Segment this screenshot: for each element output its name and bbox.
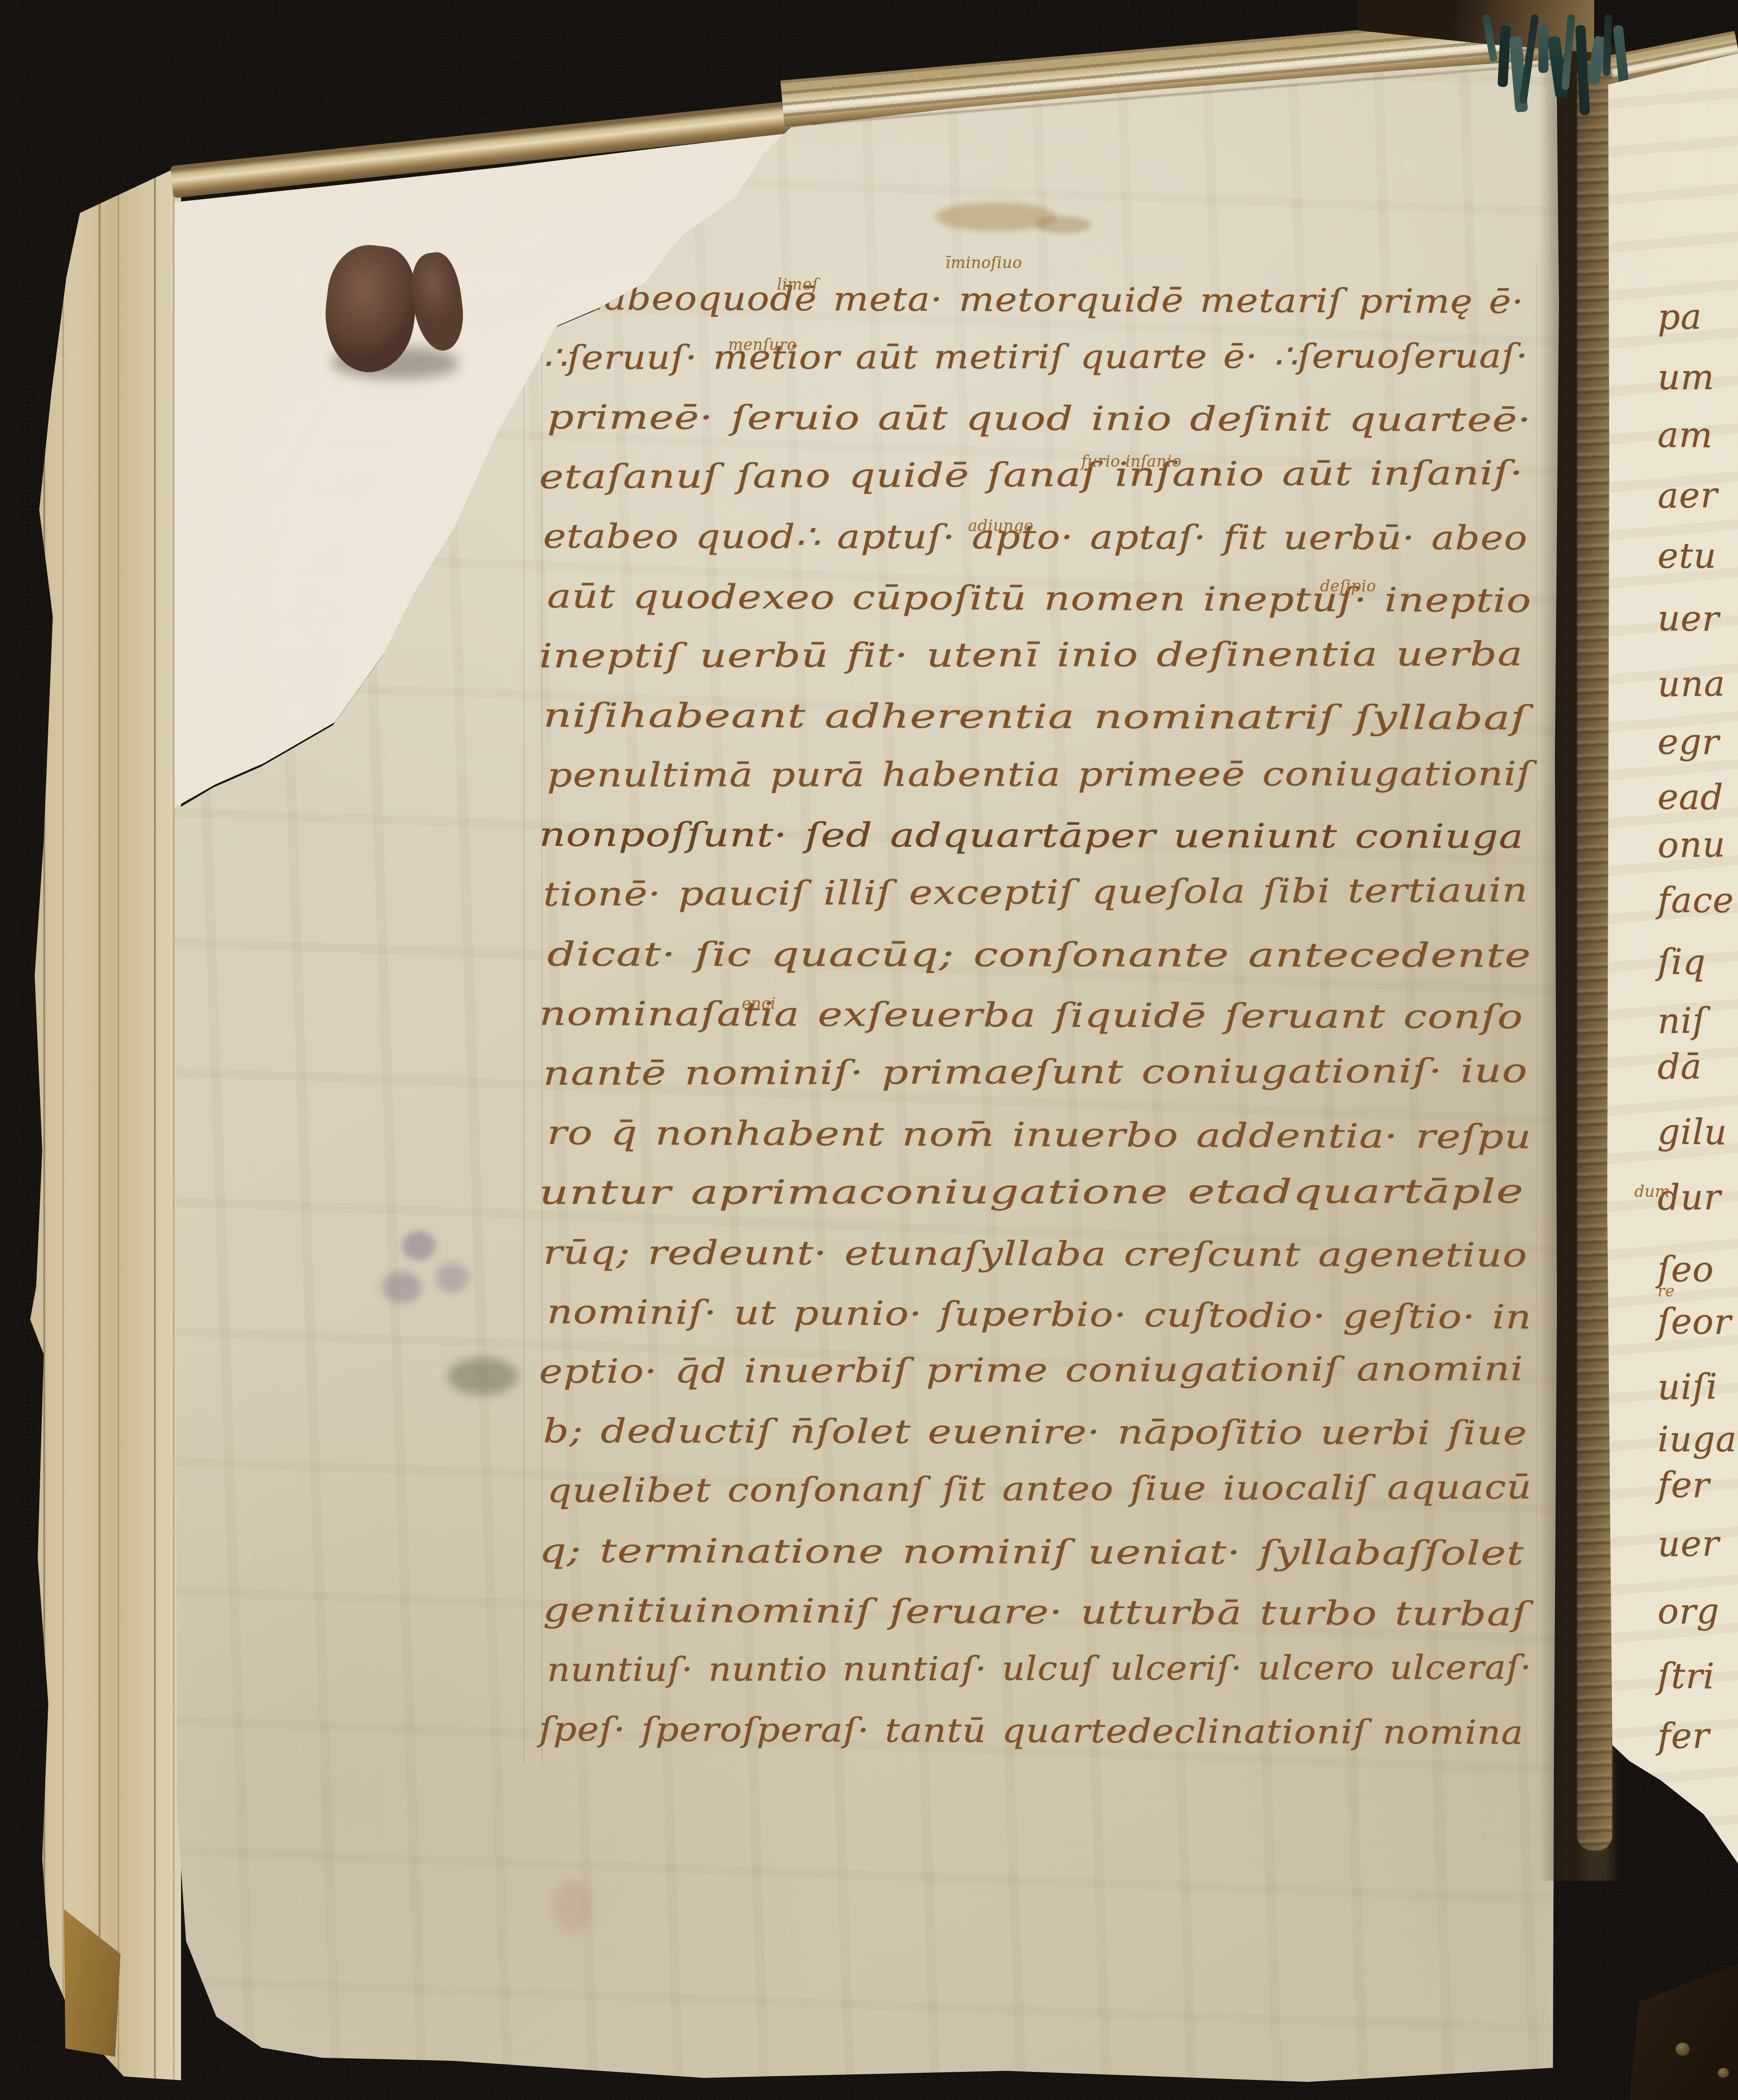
interlinear-gloss: enci (742, 995, 776, 1013)
right-page-line-fragment: ſtri (1658, 1658, 1715, 1694)
text-line: nuntiuſ· nuntio nuntiaſ· ulcuſ ulceriſ· … (547, 1651, 1532, 1687)
right-page-line-fragment: um (1658, 360, 1714, 395)
ink-stain (436, 1263, 469, 1292)
binding-board (1629, 1964, 1738, 2100)
right-page-line-fragment: uer (1658, 600, 1720, 636)
manuscript-photo: uthabeoquodē meta· metorquidē metariſ pr… (0, 0, 1738, 2100)
text-line: tionē· pauciſ illiſ exceptiſ queſola ſib… (543, 873, 1528, 911)
text-line: eptio· q̄d inuerbiſ prime coniugationiſ … (539, 1352, 1524, 1388)
interlinear-gloss: menſuro (728, 336, 797, 354)
text-line: niſihabeant adherentia nominatriſ ſyllab… (543, 699, 1528, 735)
right-page-line-fragment: uer (1658, 1526, 1720, 1561)
ink-stain (382, 1271, 421, 1303)
right-page-line-fragment: dā (1658, 1049, 1702, 1084)
text-line: rūq; redeunt· etunaſyllaba creſcunt agen… (543, 1236, 1528, 1272)
right-page-line-fragment: aer (1658, 477, 1718, 513)
text-line: primeē· ſeruio aūt quod inio deſinit qua… (547, 401, 1532, 436)
right-page-line-fragment: pa (1658, 299, 1702, 335)
stitch-thread (1538, 25, 1548, 73)
right-page-line-fragment: egr (1658, 724, 1719, 759)
stain (553, 1881, 593, 1933)
text-line: ro q̄ nonhabent nom̄ inuerbo addentia· r… (547, 1116, 1532, 1154)
gutter-fold (1577, 60, 1612, 1851)
text-line: untur aprimaconiugatione etadquartāple (539, 1175, 1524, 1209)
text-line: nominiſ· ut punio· ſuperbio· cuſtodio· g… (547, 1295, 1532, 1334)
right-page-line-fragment: ead (1658, 779, 1724, 815)
right-page-line-fragment: ſiq (1658, 944, 1706, 980)
text-line: penultimā purā habentia primeeē coniugat… (547, 757, 1532, 792)
interlinear-gloss: dum (1634, 1183, 1670, 1201)
text-line: nonpoſſunt· ſed adquartāper ueniunt coni… (539, 818, 1524, 853)
text-line: genitiuinominiſ ſeruare· utturbā turbo t… (543, 1594, 1528, 1631)
interlinear-gloss: re (1658, 1282, 1675, 1300)
right-page-line-fragment: fer (1658, 1718, 1710, 1754)
text-line: quelibet conſonanſ ſit anteo ſiue iuocal… (547, 1471, 1532, 1508)
right-page-line-fragment: gilu (1658, 1114, 1727, 1150)
stain (448, 1358, 518, 1395)
left-leaf-edges (30, 151, 181, 2092)
interlinear-gloss: adiungo (968, 517, 1033, 535)
interlinear-gloss: īminoſiuo (945, 254, 1022, 272)
text-line: ineptiſ uerbū fit· utenī inio deſinentia… (539, 638, 1523, 673)
ruling-line (1536, 261, 1537, 1770)
right-page-line-fragment: onu (1658, 827, 1726, 862)
text-line: etabeo quod∴ aptuſ· apto· aptaſ· fit uer… (543, 520, 1528, 555)
right-page-line-fragment: am (1658, 417, 1713, 453)
right-page-line-fragment: iuga (1658, 1422, 1737, 1457)
text-line: nantē nominiſ· primaeſunt coniugationiſ·… (543, 1054, 1528, 1090)
interlinear-gloss: furio inſanio (1081, 453, 1182, 471)
text-line: aūt quodexeo cūpoſitū nomen ineptuſ· ine… (547, 580, 1532, 618)
faded-inscription-smudge (1036, 216, 1091, 233)
binding-boss (1676, 2043, 1690, 2056)
ink-stain (402, 1231, 436, 1260)
right-page-line-fragment: face (1658, 883, 1734, 918)
text-line: ſpeſ· ſperoſperaſ· tantū quartedeclinati… (539, 1713, 1524, 1749)
right-page-line-fragment: fer (1658, 1467, 1710, 1503)
text-line: nominaſatia exſeuerba ſiquidē ſeruant co… (539, 997, 1524, 1034)
right-page-line-fragment: uiſi (1658, 1369, 1718, 1405)
interlinear-gloss: limoſ (777, 276, 818, 294)
right-page-line-fragment: niſ (1658, 1003, 1706, 1038)
right-page-line-fragment: una (1658, 666, 1726, 702)
right-page-line-fragment: ſeor (1658, 1303, 1732, 1340)
right-page-line-fragment: etu (1658, 538, 1717, 573)
right-page-line-fragment: org (1658, 1594, 1719, 1629)
text-line: b; deductiſ n̄ſolet euenire· nāpoſitio u… (543, 1415, 1528, 1450)
ruling-line (523, 280, 525, 1763)
binding-boss (1718, 2068, 1729, 2078)
interlinear-gloss: deſipio (1320, 577, 1376, 595)
right-page-line-fragment: ſeo (1658, 1252, 1714, 1287)
text-line: dicat· ſic quacūq; conſonante antecedent… (547, 938, 1532, 973)
text-line: ∴ſeruuſ· metior aūt metiriſ quarte ē· ∴ſ… (543, 339, 1528, 375)
text-line: q; terminatione nominiſ ueniat· ſyllabaſ… (539, 1534, 1524, 1570)
text-line: uthabeoquodē meta· metorquidē metariſ pr… (539, 282, 1524, 319)
text-line: etaſanuſ ſano quidē ſanaſ inſanio aūt in… (539, 457, 1524, 494)
